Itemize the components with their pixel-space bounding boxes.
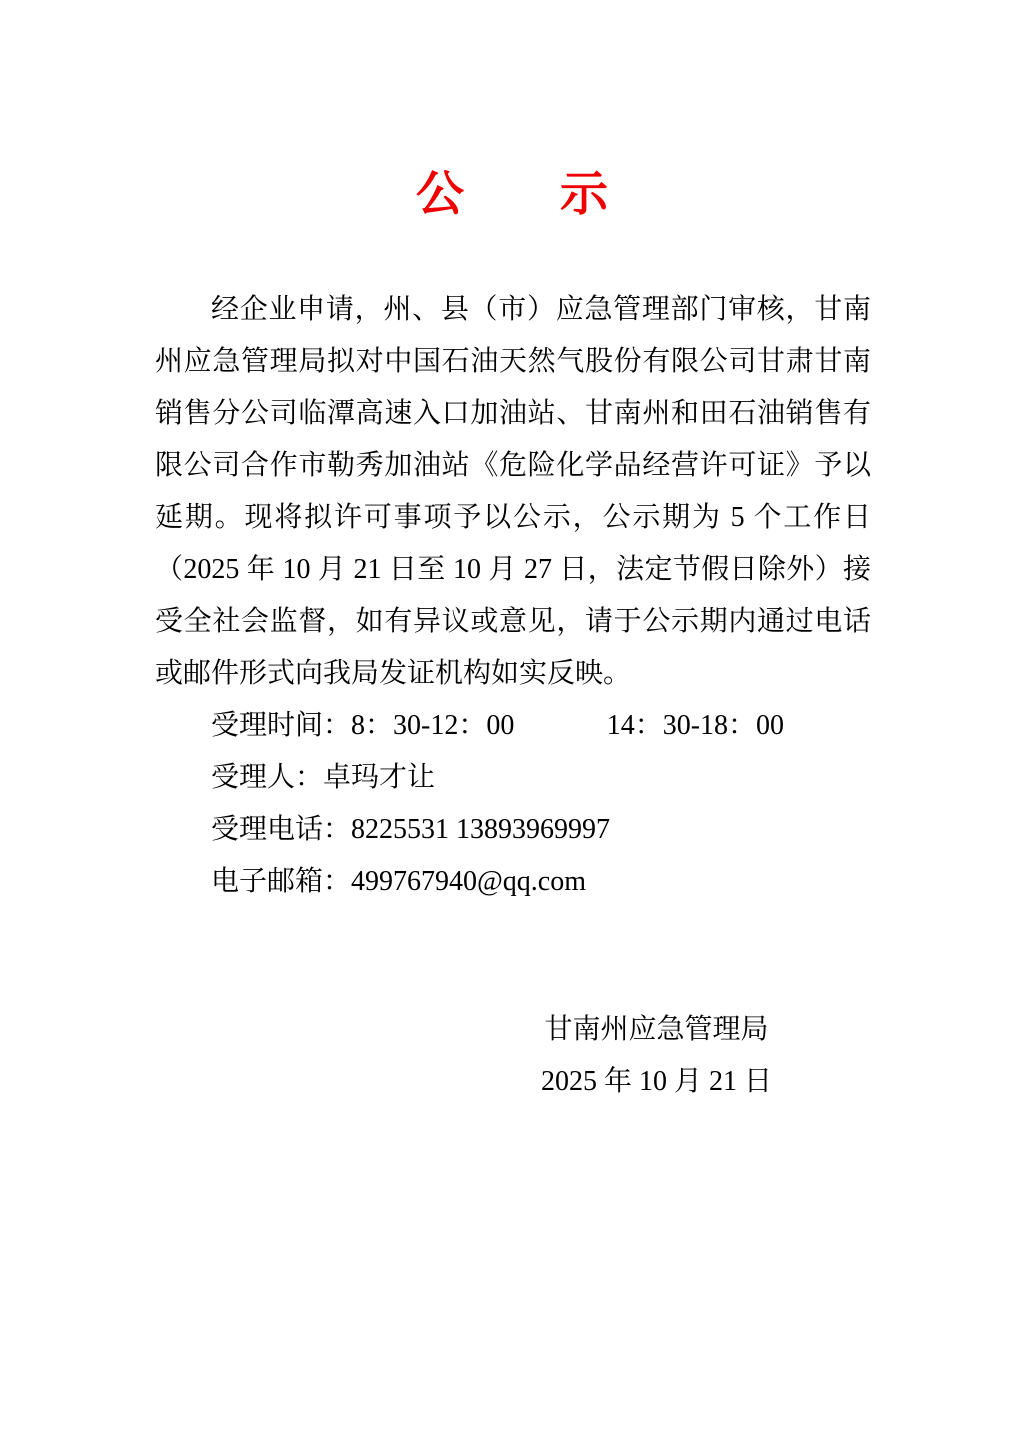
page-title: 公 示 [0, 0, 1024, 224]
acceptance-time-afternoon: 14：30-18：00 [607, 710, 784, 741]
acceptance-phone-value: 8225531 13893969997 [351, 814, 610, 845]
notice-paragraph: 经企业申请，州、县（市）应急管理部门审核，甘南州应急管理局拟对中国石油天然气股份… [155, 284, 871, 700]
email-value: 499767940@qq.com [351, 866, 586, 897]
public-notice-page: 公 示 经企业申请，州、县（市）应急管理部门审核，甘南州应急管理局拟对中国石油天… [0, 0, 1024, 1448]
acceptance-person-value: 卓玛才让 [323, 762, 435, 793]
signature-block: 甘南州应急管理局 2025 年 10 月 21 日 [541, 1004, 772, 1108]
acceptance-time-morning: 8：30-12：00 [351, 710, 514, 741]
acceptance-phone-label: 受理电话： [211, 814, 351, 845]
acceptance-person-label: 受理人： [211, 762, 323, 793]
acceptance-person-line: 受理人：卓玛才让 [155, 752, 871, 804]
issue-date: 2025 年 10 月 21 日 [541, 1056, 772, 1108]
email-label: 电子邮箱： [211, 866, 351, 897]
acceptance-time-line: 受理时间：8：30-12：0014：30-18：00 [155, 700, 871, 752]
issuing-authority: 甘南州应急管理局 [541, 1004, 772, 1056]
acceptance-time-label: 受理时间： [211, 710, 351, 741]
acceptance-phone-line: 受理电话：8225531 13893969997 [155, 804, 871, 856]
notice-body: 经企业申请，州、县（市）应急管理部门审核，甘南州应急管理局拟对中国石油天然气股份… [155, 284, 871, 908]
email-line: 电子邮箱：499767940@qq.com [155, 856, 871, 908]
